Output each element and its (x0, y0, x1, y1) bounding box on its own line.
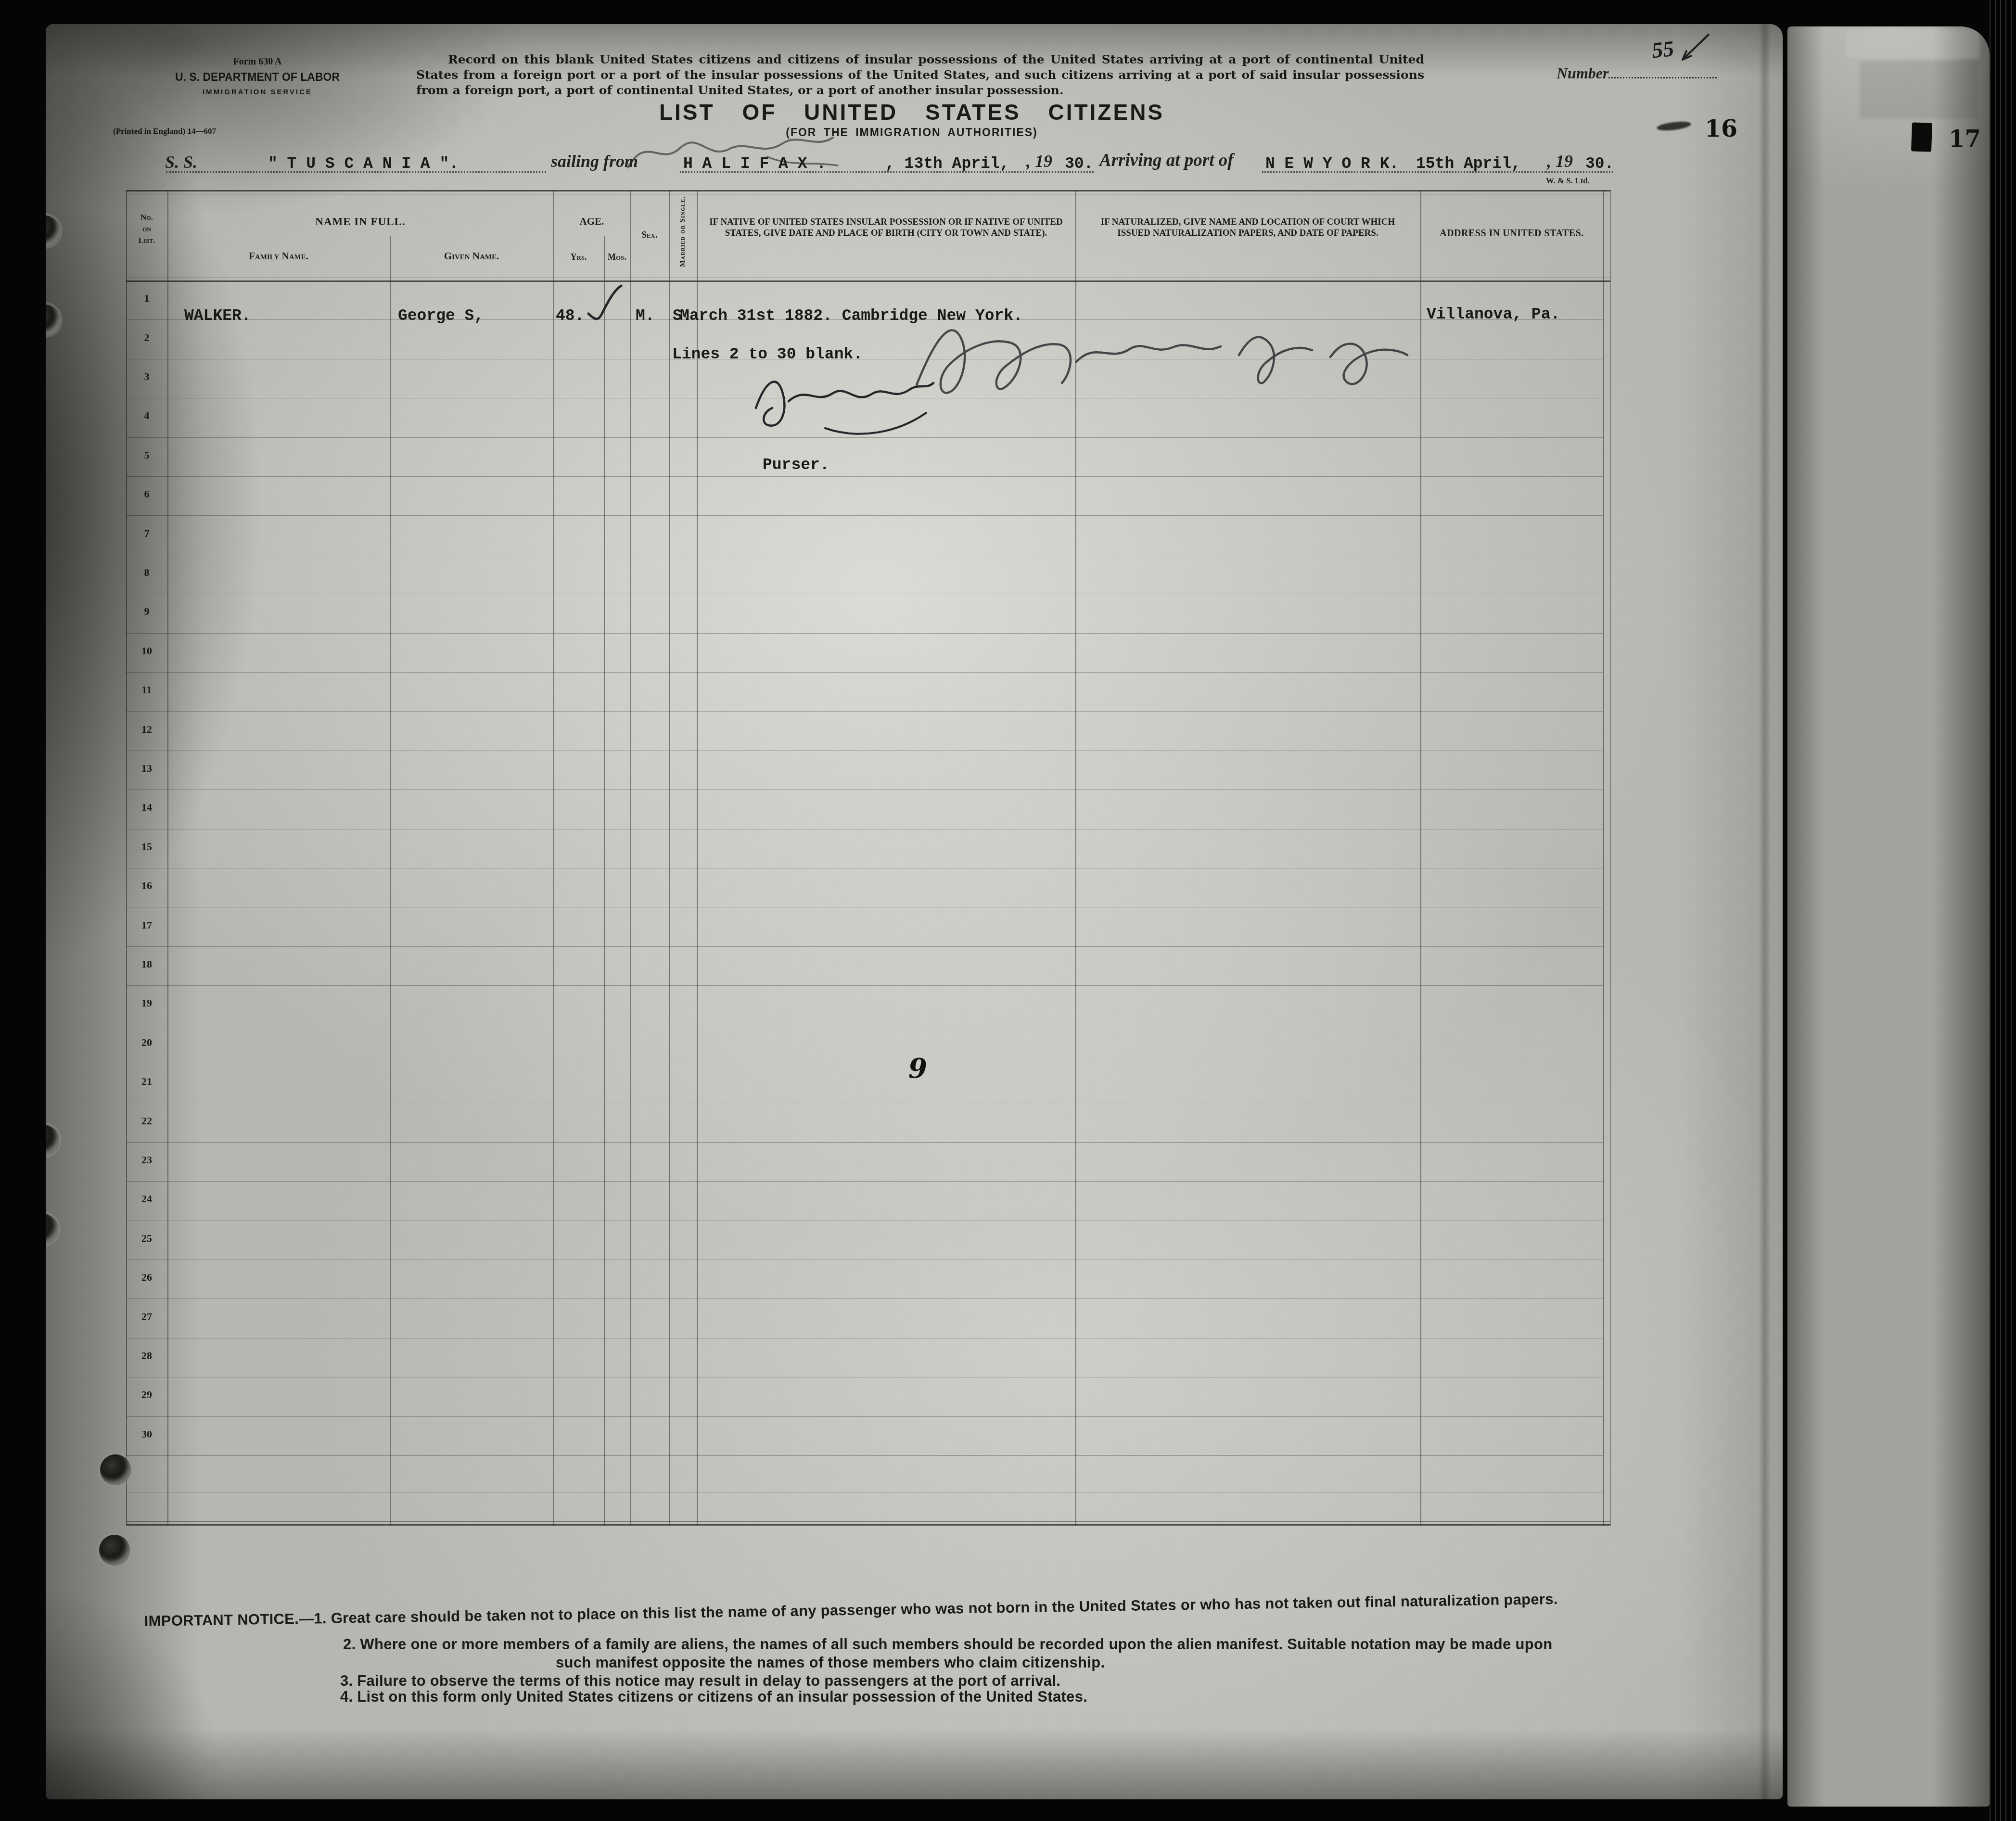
table-row: 15 (126, 829, 1603, 868)
row-number: 19 (126, 997, 167, 1010)
table-row: 21 (126, 1064, 1603, 1103)
row-number: 10 (126, 645, 167, 657)
arrival-year-typed: 30. (1585, 155, 1614, 173)
form-number: Form 630 A (161, 54, 354, 69)
punch-hole (46, 1214, 58, 1245)
no-line: No. (126, 212, 167, 223)
ship-name: " T U S C A N I A ". (268, 155, 459, 173)
service-name: IMMIGRATION SERVICE (161, 85, 354, 100)
row-number: 18 (126, 958, 167, 970)
table-row: 11 (126, 673, 1603, 712)
column-header-age: AGE. (553, 216, 630, 228)
column-header-married-or-single: Married or Single. (669, 196, 697, 277)
row-number: 14 (126, 802, 167, 814)
record-instruction: Record on this blank United States citiz… (416, 52, 1424, 98)
printer-mark: W. & S. Ltd. (1546, 176, 1590, 186)
table-row: 17 (126, 907, 1603, 946)
table-vertical-line (553, 190, 554, 1526)
table-row: 8 (126, 555, 1603, 594)
table-bottom-rule-inner (126, 1521, 1610, 1522)
number-label: Number (1557, 64, 1608, 82)
row-number: 1 (126, 293, 167, 305)
sailing-year-printed: , 19 (1026, 151, 1052, 171)
department-name: U. S. DEPARTMENT OF LABOR (161, 69, 354, 85)
table-vertical-line (1603, 190, 1604, 1526)
table-row: 12 (126, 712, 1603, 751)
table-vertical-line (697, 190, 698, 1526)
table-row: 7 (126, 516, 1603, 555)
arriving-label: Arriving at port of (1099, 150, 1234, 171)
row-number: 13 (126, 762, 167, 775)
column-header-address: ADDRESS IN UNITED STATES. (1420, 228, 1603, 239)
sailing-year-typed: 30. (1065, 155, 1093, 173)
row-number: 15 (126, 840, 167, 853)
row-number: 16 (126, 880, 167, 892)
column-header-birth: IF NATIVE OF UNITED STATES INSULAR POSSE… (706, 216, 1066, 239)
list-line: List. (126, 235, 167, 246)
table-row: 14 (126, 790, 1603, 829)
table-row: 16 (126, 868, 1603, 907)
on-line: on (126, 223, 167, 235)
notice-line-5: 4. List on this form only United States … (340, 1688, 1087, 1706)
table-row: 18 (126, 947, 1603, 986)
column-header-family-name: Family Name. (167, 250, 390, 262)
table-row: 29 (126, 1377, 1603, 1416)
punch-hole (46, 216, 60, 246)
notice-line-2: 2. Where one or more members of a family… (343, 1636, 1552, 1653)
table-row: 23 (126, 1143, 1603, 1182)
row-number: 4 (126, 410, 167, 422)
ss-label: S. S. (165, 152, 197, 172)
row-number: 26 (126, 1272, 167, 1284)
header-bottom-rule (126, 280, 1610, 282)
table-row: 26 (126, 1260, 1603, 1299)
row-number: 2 (126, 331, 167, 344)
header-bottom-rule-inner (126, 278, 1610, 278)
table-row: 30 (126, 1417, 1603, 1456)
number-value-handwritten: 55 (1650, 36, 1675, 64)
next-page-edge: 17 (1787, 26, 1990, 1807)
row-number: 29 (126, 1389, 167, 1401)
column-header-given-name: Given Name. (390, 250, 553, 262)
row-number: 12 (126, 723, 167, 736)
row-number: 8 (126, 566, 167, 579)
column-header-yrs: Yrs. (553, 252, 604, 262)
faded-stamp-ghost (1860, 61, 1978, 119)
table-row: 22 (126, 1103, 1603, 1142)
table-row: 6 (126, 477, 1603, 516)
row1-sex: M. (636, 307, 655, 325)
notice-line-3: such manifest opposite the names of thos… (556, 1654, 1105, 1671)
next-sheet-number-stamp: 17 (1949, 126, 1981, 153)
row-number: 11 (126, 684, 167, 697)
number-field: Number (1557, 63, 1717, 82)
column-header-no-on-list: No. on List. (126, 212, 167, 246)
row-number: 7 (126, 527, 167, 540)
married-or-single-label: Married or Single. (679, 196, 687, 267)
row-number: 22 (126, 1115, 167, 1127)
punch-hole (99, 1535, 130, 1566)
officer-signature-handwriting (902, 308, 1417, 399)
row-number: 17 (126, 919, 167, 931)
table-vertical-line (390, 236, 391, 1526)
row-number: 20 (126, 1036, 167, 1049)
row-number: 3 (126, 370, 167, 383)
row-number: 5 (126, 449, 167, 461)
pen-arrow-mark (1678, 31, 1714, 65)
row1-age-years: 48. (556, 307, 584, 325)
pen-checkmark (585, 283, 625, 331)
sailing-date: , 13th April, (885, 155, 1009, 173)
printed-in-england: (Printed in England) 14—607 (113, 127, 216, 136)
table-bottom-rule (126, 1524, 1610, 1526)
scanned-manifest-page: { "form_header": { "form_no": "Form 630 … (0, 0, 2016, 1821)
column-header-sex: Sex. (630, 230, 669, 241)
table-vertical-line (167, 190, 168, 1526)
column-header-name-in-full: NAME IN FULL. (167, 216, 553, 228)
arrival-year-printed: , 19 (1547, 151, 1573, 171)
table-row: 5 (126, 438, 1603, 477)
notice-line-4: 3. Failure to observe the terms of this … (340, 1672, 1060, 1690)
row-number: 28 (126, 1350, 167, 1362)
column-header-naturalized: IF NATURALIZED, GIVE NAME AND LOCATION O… (1099, 216, 1396, 239)
table-row: 27 (126, 1299, 1603, 1338)
sheet-number-stamp: 16 (1705, 115, 1737, 142)
table-row: 25 (126, 1221, 1603, 1260)
page-fold-shading (1759, 24, 1771, 1799)
table-row: 28 (126, 1338, 1603, 1377)
punch-hole (46, 1125, 59, 1156)
table-vertical-line (604, 236, 605, 1526)
table-top-rule-inner (126, 194, 1610, 194)
book-binding-edge (1990, 0, 2016, 1821)
handwriting-over-port (623, 125, 849, 178)
column-header-mos: Mos. (604, 252, 630, 262)
table-top-rule (126, 190, 1610, 191)
table-row: 13 (126, 751, 1603, 790)
page-title: LIST OF UNITED STATES CITIZENS (575, 99, 1249, 125)
table-vertical-line (630, 190, 631, 1526)
arrival-port: N E W Y O R K. (1265, 155, 1399, 173)
table-vertical-line (669, 190, 670, 1526)
arrival-date: 15th April, (1416, 155, 1521, 173)
notice-line-1: IMPORTANT NOTICE.—1. Great care should b… (144, 1591, 1558, 1630)
row-number: 27 (126, 1311, 167, 1323)
table-faint-line (126, 1492, 1603, 1493)
table-row: 24 (126, 1182, 1603, 1221)
manifest-page: Form 630 A U. S. DEPARTMENT OF LABOR IMM… (46, 24, 1783, 1799)
center-page-stamp: 9 (908, 1053, 927, 1084)
table-rows: 1234567891011121314151617181920212223242… (126, 281, 1603, 1456)
punch-hole (46, 305, 60, 335)
purser-title: Purser. (763, 456, 829, 474)
form-id-block: Form 630 A U. S. DEPARTMENT OF LABOR IMM… (161, 54, 354, 100)
table-vertical-line (126, 190, 127, 1526)
row-number: 23 (126, 1154, 167, 1166)
punch-hole (100, 1454, 131, 1485)
row-number: 25 (126, 1232, 167, 1245)
ink-smudge (1656, 120, 1691, 132)
row-number: 6 (126, 488, 167, 501)
table-row: 10 (126, 634, 1603, 673)
row-number: 30 (126, 1428, 167, 1440)
table-row: 19 (126, 986, 1603, 1025)
table-row: 9 (126, 594, 1603, 633)
ink-stamp-blot (1911, 122, 1932, 152)
row-number: 21 (126, 1076, 167, 1088)
table-row: 20 (126, 1025, 1603, 1064)
row-number: 9 (126, 606, 167, 618)
purser-signature-handwriting (742, 355, 954, 442)
row1-family-name: WALKER. (184, 307, 251, 325)
row-number: 24 (126, 1193, 167, 1206)
faded-stamp-ghost (1845, 29, 1980, 58)
table-vertical-line (1420, 190, 1421, 1526)
table-vertical-line (1610, 190, 1611, 1526)
row1-address: Villanova, Pa. (1427, 306, 1560, 323)
header-sub-line (167, 236, 630, 236)
row1-given-name: George S, (398, 307, 484, 325)
